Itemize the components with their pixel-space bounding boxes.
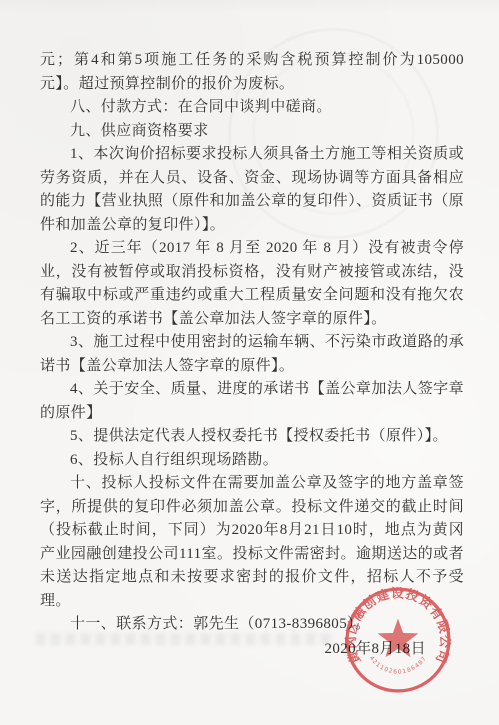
paragraph-qualification-item-3: 3、施工过程中使用密封的运输车辆、不污染市政道路的承诺书【盖公章加法人签字章的原…	[40, 331, 464, 378]
paragraph-budget-control: 元；第4和第5项施工任务的采购含税预算控制价为105000元】。超过预算控制价的…	[40, 49, 464, 96]
scanned-document-page: 元；第4和第5项施工任务的采购含税预算控制价为105000元】。超过预算控制价的…	[0, 0, 499, 725]
paragraph-qualification-item-2: 2、近三年（2017 年 8 月至 2020 年 8 月）没有被责令停业，没有被…	[40, 237, 464, 331]
paragraph-qualification-item-5: 5、提供法定代表人授权委托书【授权委托书（原件）】。	[40, 425, 464, 449]
paragraph-qualification-item-4: 4、关于安全、质量、进度的承诺书【盖公章加法人签字章的原件】	[40, 378, 464, 425]
paragraph-qualification-item-6: 6、投标人自行组织现场踏勘。	[40, 449, 464, 473]
paragraph-submission-requirements: 十、投标人投标文件在需要加盖公章及签字的地方盖章签字，所提供的复印件必须加盖公章…	[40, 472, 464, 613]
paragraph-qualification-item-1: 1、本次询价招标要求投标人须具备土方施工等相关资质或劳务资质，并在人员、设备、资…	[40, 143, 464, 237]
paragraph-payment-terms: 八、付款方式：在合同中谈判中磋商。	[40, 96, 464, 120]
paragraph-contact-info: 十一、联系方式：郭先生（0713-8396805）。	[40, 613, 464, 637]
date-line: 2020年8月18日	[40, 638, 464, 662]
document-body: 元；第4和第5项施工任务的采购含税预算控制价为105000元】。超过预算控制价的…	[40, 49, 464, 661]
paragraph-supplier-qualification-heading: 九、供应商资格要求	[40, 120, 464, 144]
